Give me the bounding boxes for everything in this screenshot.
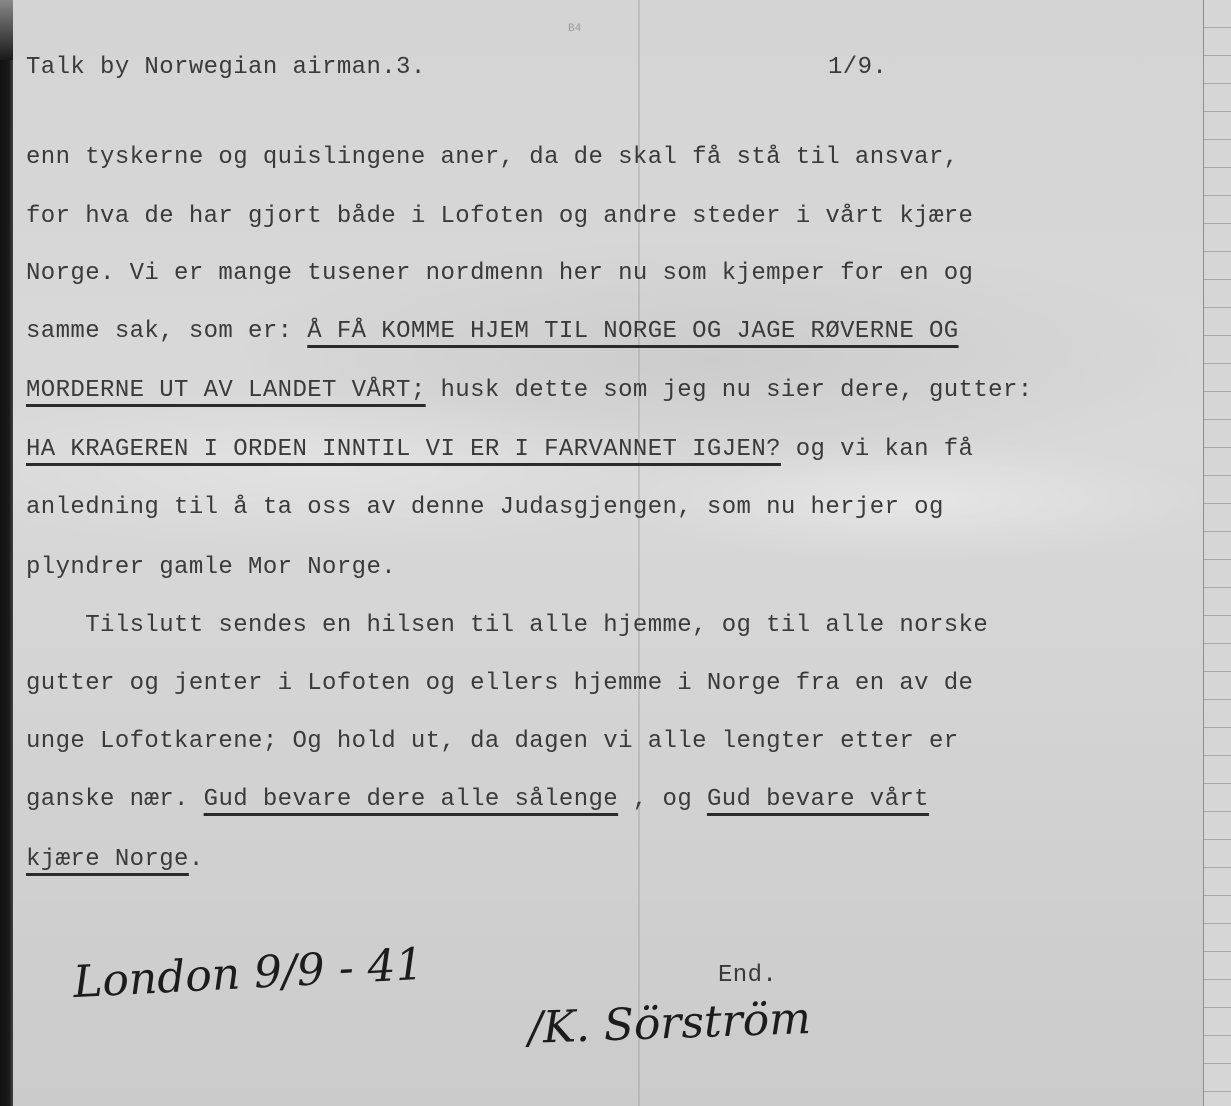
body-line-10: gutter og jenter i Lofoten og ellers hje…: [26, 670, 973, 697]
body-line-12: ganske nær. Gud bevare dere alle sålenge…: [26, 786, 929, 813]
underlined-slogan: Å FÅ KOMME HJEM TIL NORGE OG JAGE RØVERN…: [307, 318, 958, 345]
body-line-1: enn tyskerne og quislingene aner, da de …: [26, 144, 959, 171]
body-line-8: plyndrer gamle Mor Norge.: [26, 554, 396, 581]
body-line-2: for hva de har gjort både i Lofoten og a…: [26, 203, 973, 230]
underlined-slogan-cont: MORDERNE UT AV LANDET VÅRT;: [26, 377, 426, 404]
body-text: og vi kan få: [781, 436, 973, 463]
scan-left-edge: [0, 0, 13, 1106]
body-line-9: Tilslutt sendes en hilsen til alle hjemm…: [26, 612, 988, 639]
body-text: husk dette som jeg nu sier dere, gutter:: [426, 377, 1033, 404]
underlined-instruction: HA KRAGEREN I ORDEN INNTIL VI ER I FARVA…: [26, 436, 781, 463]
body-line-7: anledning til å ta oss av denne Judasgje…: [26, 494, 944, 521]
underlined-blessing-2: Gud bevare vårt: [707, 786, 929, 813]
document-title: Talk by Norwegian airman.3.: [26, 54, 426, 81]
body-line-3: Norge. Vi er mange tusener nordmenn her …: [26, 260, 973, 287]
faint-stamp-mark: B4: [568, 23, 581, 35]
body-text: ganske nær.: [26, 786, 204, 813]
body-line-4: samme sak, som er: Å FÅ KOMME HJEM TIL N…: [26, 318, 959, 345]
body-line-13: kjære Norge.: [26, 846, 204, 873]
body-line-5: MORDERNE UT AV LANDET VÅRT; husk dette s…: [26, 377, 1033, 404]
body-text: samme sak, som er:: [26, 318, 307, 345]
body-text: , og: [618, 786, 707, 813]
handwritten-place-date: London 9/9 - 41: [72, 939, 425, 1008]
underlined-closing: kjære Norge: [26, 846, 189, 873]
handwritten-signature: /K. Sörström: [527, 993, 811, 1054]
body-line-11: unge Lofotkarene; Og hold ut, da dagen v…: [26, 728, 959, 755]
scan-corner: [0, 0, 13, 60]
typed-page: B4 Talk by Norwegian airman.3. 1/9. enn …: [13, 0, 1203, 1106]
underlined-blessing-1: Gud bevare dere alle sålenge: [204, 786, 618, 813]
end-marker: End.: [718, 962, 777, 989]
page-number: 1/9.: [828, 54, 887, 81]
body-line-6: HA KRAGEREN I ORDEN INNTIL VI ER I FARVA…: [26, 436, 973, 463]
underlying-ruled-sheet: [1203, 0, 1231, 1106]
body-text: .: [189, 846, 204, 873]
